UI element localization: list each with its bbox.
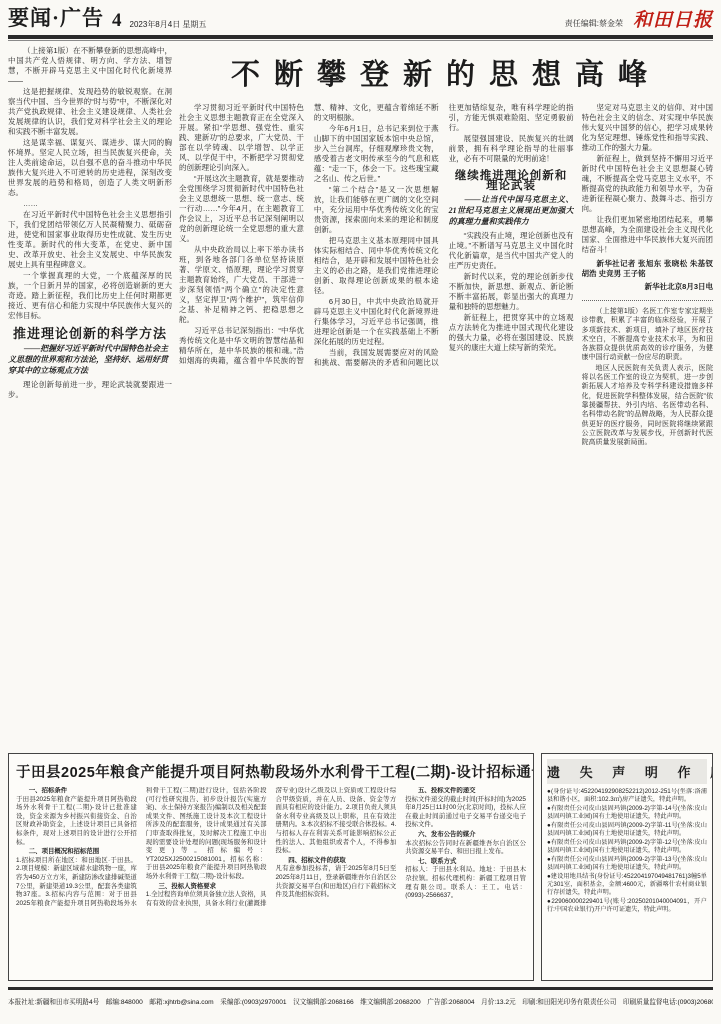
article-paragraph: 今年6月1日，总书记来到位于燕山脚下的中国国家版本馆中央总馆，步入兰台洞库，仔细… [314, 124, 439, 184]
main-article-subhead-subtitle: ——让当代中国马克思主义、21世纪马克思主义展现出更加强大的真理力量和实践伟力 [449, 194, 574, 227]
tender-section: 一、招标条件于田县2025年粮食产能提升项目阿热勒段场外水利骨干工程(二期)-设… [16, 787, 137, 847]
dateline: 新华社北京8月3日电 [582, 282, 714, 292]
page-number: 4 [112, 10, 122, 32]
newspaper-page: 要闻·广告 4 2023年8月4日 星期五 责任编辑:蔡金荣 和田日报 （上接第… [0, 0, 721, 1024]
main-article-columns-row: 学习贯彻习近平新时代中国特色社会主义思想主题教育正在全党深入开展。紧扣“学思想、… [179, 103, 713, 748]
main-article-subhead: 继续推进理论创新和理论武装 [449, 171, 574, 191]
article-paragraph: 坚定对马克思主义的信仰、对中国特色社会主义的信念、对实现中华民族伟大复兴中国梦的… [582, 103, 714, 153]
article-paragraph: 新征程上，做到坚持不懈用习近平新时代中国特色社会主义思想凝心铸魂，不断提高全党马… [582, 154, 714, 214]
loss-notice-item: ●(身份证号:452204192908252212)2012-251号(坐落:洛… [547, 788, 707, 804]
loss-notice-title: 遗 失 声 明 作 废 [547, 759, 707, 784]
loss-notice-item: ●有限责任公司皮山县固玛镇(2009-2)字第-12号(坐落:皮山县固玛镇工业园… [547, 839, 707, 855]
article-paragraph: “第二个结合”是又一次思想解放，让我们能够在更广阔的文化空间中，充分运用中华优秀… [314, 185, 439, 235]
main-article-part-b: 坚定对马克思主义的信仰、对中国特色社会主义的信念、对实现中华民族伟大复兴中国梦的… [582, 103, 714, 256]
left-article-paragraph: 这是把握规律、发现趋势的敏锐观察。在洞察当代中国、当今世界的“时与势”中，不断深… [8, 87, 172, 137]
left-article-subhead-subtitle: ——把握好习近平新时代中国特色社会主义思想的世界观和方法论，坚持好、运用好贯穿其… [8, 343, 172, 376]
tender-section: 四、招标文件的获取凡有意参加投标者，请于2025年8月5日至2025年8月11日… [276, 857, 397, 900]
advertisement-row: 于田县2025年粮食产能提升项目阿热勒段场外水利骨干工程(二期)-设计招标通告 … [8, 753, 713, 981]
left-article-tail: 理论创新每前进一步，理论武装就要跟进一步。 [8, 380, 172, 400]
section-title: 要闻·广告 [8, 2, 104, 32]
article-paragraph: 展望强国建设、民族复兴的壮阔前景，拥有科学理论指导的壮丽事业，必有不可限量的光明… [449, 134, 574, 164]
left-article-paragraph: 一个掌握真理的大党，一个底蕴深厚的民族，一个日新月异的国家，必将创造崭新的更大奇… [8, 271, 172, 321]
footer-imprint: 本报社址:新疆和田市买明路4号 邮编:848000 邮箱:xjhtrb@sina… [8, 990, 713, 1006]
main-article-columns: 学习贯彻习近平新时代中国特色社会主义思想主题教育正在全党深入开展。紧扣“学思想、… [179, 103, 574, 748]
left-article-body: （上接第1版）在不断攀登新的思想高峰中，中国共产党人悟规律、明方向、学方法、增智… [8, 46, 172, 321]
loss-notice-box: 遗 失 声 明 作 废 ●(身份证号:452204192908252212)20… [541, 753, 713, 981]
loss-notice-item: ●有限责任公司皮山县固玛镇(2009-2)字第-14号(坐落:皮山县固玛镇工业园… [547, 805, 707, 821]
issue-date: 2023年8月4日 星期五 [130, 19, 207, 32]
loss-notice-item: ●229060000229401号(账号:20250201040004091，开… [547, 898, 707, 914]
left-article-paragraph: 这是谋幸福、谋复兴、谋进步、谋大同的胸怀境界。坚定人民立场，担当民族复兴使命，关… [8, 138, 172, 198]
page-header: 要闻·广告 4 2023年8月4日 星期五 责任编辑:蔡金荣 和田日报 [8, 6, 713, 32]
tender-notice-box: 于田县2025年粮食产能提升项目阿热勒段场外水利骨干工程(二期)-设计招标通告 … [8, 753, 534, 981]
article-paragraph: 把马克思主义基本原理同中国具体实际相结合、同中华优秀传统文化相结合，是开辟和发展… [314, 236, 439, 296]
main-article-last-column: 坚定对马克思主义的信仰、对中国特色社会主义的信念、对实现中华民族伟大复兴中国梦的… [582, 103, 714, 748]
left-continuation-column: （上接第1版）在不断攀登新的思想高峰中，中国共产党人悟规律、明方向、学方法、增智… [8, 46, 172, 748]
masthead-logo: 和田日报 [633, 5, 713, 32]
tender-notice-body: 一、招标条件于田县2025年粮食产能提升项目阿热勒段场外水利骨干工程(二期)-设… [16, 787, 526, 975]
article-paragraph: 从中央政治局以上率下举办读书班，到各地各部门各单位坚持读原著、学原文、悟原理，理… [179, 245, 304, 325]
hospital-article: （上接第1版）名医工作室专家定期坐诊带教，积累了丰富的临床经验，开展了多项新技术… [582, 300, 714, 748]
hospital-article-paragraph: 地区人民医院有关负责人表示，医院将以名医工作室的设立为契机，进一步创新拓展人才培… [582, 364, 714, 448]
left-article-paragraph: …… [8, 199, 172, 209]
loss-notice-item: ●有限责任公司皮山县固玛镇(2009-2)字第-11号(坐落:皮山县固玛镇工业园… [547, 822, 707, 838]
content-area: （上接第1版）在不断攀登新的思想高峰中，中国共产党人悟规律、明方向、学方法、增智… [8, 46, 713, 748]
tender-section: 七、联系方式招标人：于田县水利局。地址：于田县木尕拉镇。招标代理机构：新疆工程项… [405, 858, 526, 901]
article-paragraph: 学习贯彻习近平新时代中国特色社会主义思想主题教育正在全党深入开展。紧扣“学思想、… [179, 103, 304, 173]
article-paragraph: “开展这次主题教育，就是要推动全党围绕学习贯彻新时代中国特色社会主义思想统一思想… [179, 174, 304, 244]
tender-section: 五、投标文件的递交投标文件递交的截止时间(开标时间)为2025年8月25日11时… [405, 787, 526, 830]
hospital-article-paragraph: （上接第1版）名医工作室专家定期坐诊带教，积累了丰富的临床经验，开展了多项新技术… [582, 307, 714, 363]
left-article-paragraph: 理论创新每前进一步，理论武装就要跟进一步。 [8, 380, 172, 400]
article-paragraph: 新征程上，把贯穿其中的立场观点方法转化为推进中国式现代化建设的强大力量，必将在强… [449, 313, 574, 353]
loss-notice-body: ●(身份证号:452204192908252212)2012-251号(坐落:洛… [547, 788, 707, 976]
main-article: 不断攀登新的思想高峰 学习贯彻习近平新时代中国特色社会主义思想主题教育正在全党深… [179, 46, 713, 748]
tender-section: 六、发布公告的媒介本次招标公告同时在新疆维吾尔自治区公共资源交易平台、和田日报上… [405, 831, 526, 857]
header-rule-thin [8, 40, 713, 41]
left-article-subhead: 推进理论创新的科学方法 [8, 329, 172, 339]
article-paragraph: 新时代以来，党的理论创新步伐不断加快，新思想、新观点、新论断不断丰富拓展，彰显出… [449, 272, 574, 312]
tender-notice-title: 于田县2025年粮食产能提升项目阿热勒段场外水利骨干工程(二期)-设计招标通告 [16, 761, 526, 782]
article-paragraph: 6月30日，中共中央政治局就开辟马克思主义中国化时代化新境界进行集体学习，习近平… [314, 297, 439, 347]
article-paragraph: 让我们更加紧密地团结起来，勇攀思想高峰，为全面建设社会主义现代化国家、全面推进中… [582, 215, 714, 255]
main-headline: 不断攀登新的思想高峰 [179, 46, 713, 103]
left-article-paragraph: 在习近平新时代中国特色社会主义思想指引下，我们党团结带领亿万人民凝精聚力、砥砺奋… [8, 210, 172, 270]
editor-credit: 责任编辑:蔡金荣 [565, 18, 623, 32]
loss-notice-item: ●建设用地具结书(身份证号:452204197049481761)3幢5单元30… [547, 873, 707, 897]
header-rule [8, 35, 713, 39]
left-article-paragraph: （上接第1版）在不断攀登新的思想高峰中，中国共产党人悟规律、明方向、学方法、增智… [8, 46, 172, 86]
article-paragraph: “实践没有止境，理论创新也没有止境。”不断谱写马克思主义中国化时代化新篇章，是当… [449, 231, 574, 271]
main-article-part-a2: “实践没有止境，理论创新也没有止境。”不断谱写马克思主义中国化时代化新篇章，是当… [449, 231, 574, 353]
loss-notice-item: ●有限责任公司皮山县固玛镇(2009-2)字第-13号(坐落:皮山县固玛镇工业园… [547, 856, 707, 872]
byline: 新华社记者 张旭东 张晓松 朱基钗 胡浩 史竞男 王子铭 [582, 259, 714, 279]
